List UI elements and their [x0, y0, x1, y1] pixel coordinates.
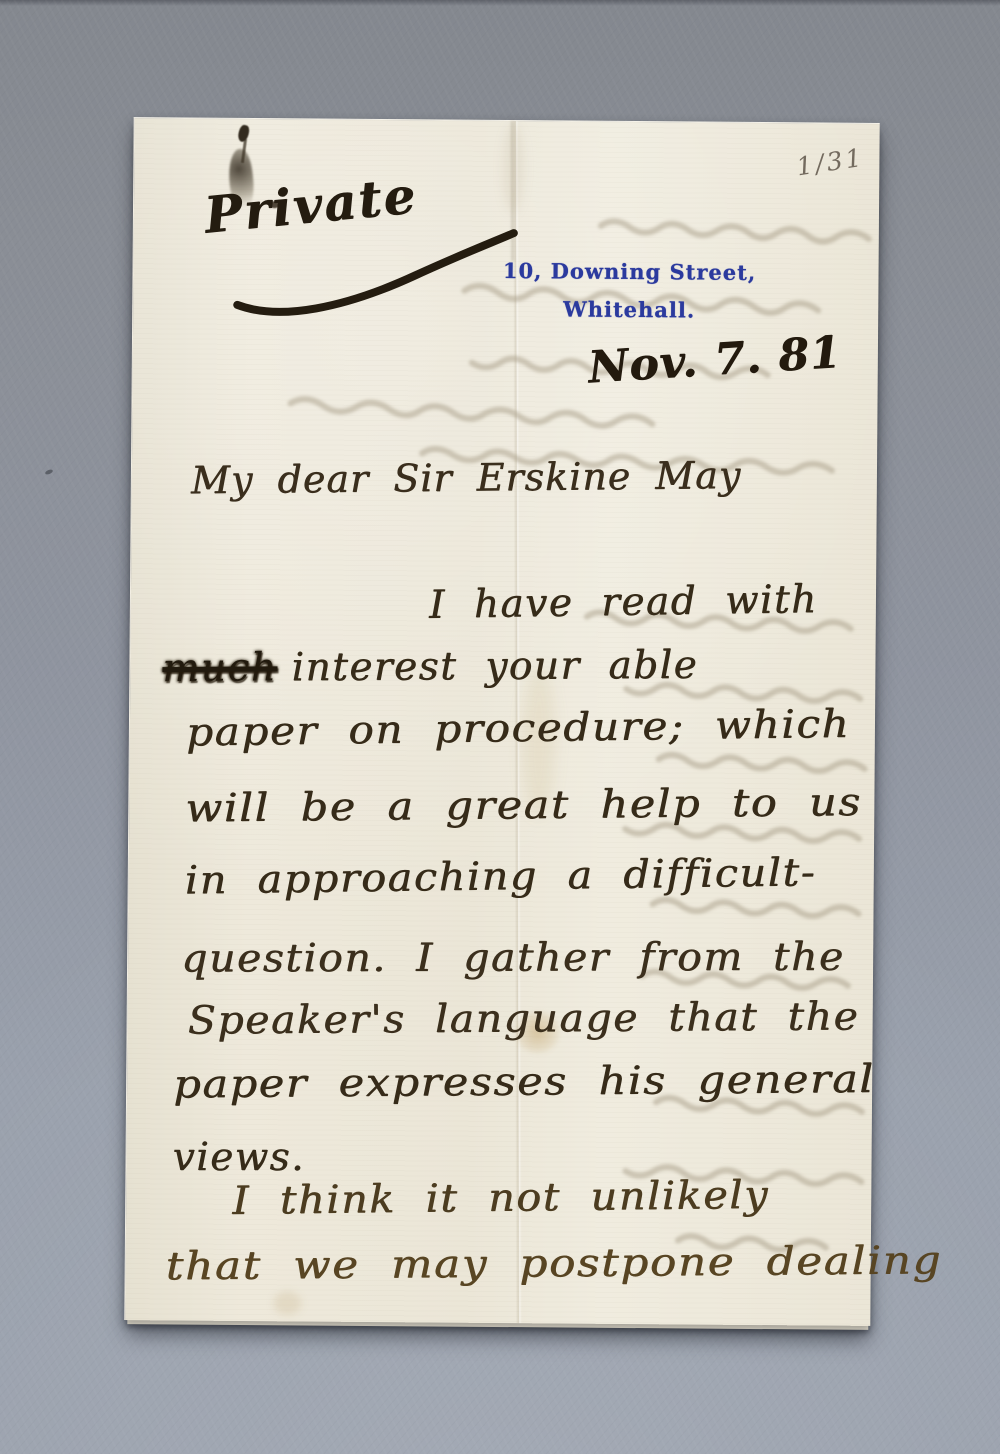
handwritten-line: I have read with: [429, 577, 818, 628]
handwritten-line: muchinterest your able: [162, 643, 698, 691]
handwritten-line: I think it not unlikely: [232, 1173, 769, 1224]
letterhead-place-line: Whitehall.: [463, 296, 795, 324]
handwritten-line: paper expresses his general: [173, 1057, 875, 1108]
letter-page: Private 1/31 10, Downing Street, Whiteha…: [124, 117, 879, 1326]
corrected-word: much: [162, 645, 277, 691]
handwritten-line: that we may postpone dealing: [166, 1238, 943, 1289]
letterhead: 10, Downing Street, Whitehall.: [463, 258, 795, 324]
handwritten-line: Speaker's language that the: [188, 994, 860, 1043]
handwritten-line: views.: [173, 1135, 305, 1180]
handwritten-line: in approaching a difficult-: [184, 850, 816, 903]
line-text: interest your able: [291, 643, 698, 690]
handwritten-line: will be a great help to us: [185, 780, 862, 831]
salutation: My dear Sir Erskine May: [191, 453, 742, 502]
stain: [273, 1291, 301, 1315]
handwritten-line: question. I gather from the: [181, 935, 845, 982]
handwritten-line: paper on procedure; which: [186, 702, 851, 756]
letterhead-address-line: 10, Downing Street,: [463, 258, 795, 286]
